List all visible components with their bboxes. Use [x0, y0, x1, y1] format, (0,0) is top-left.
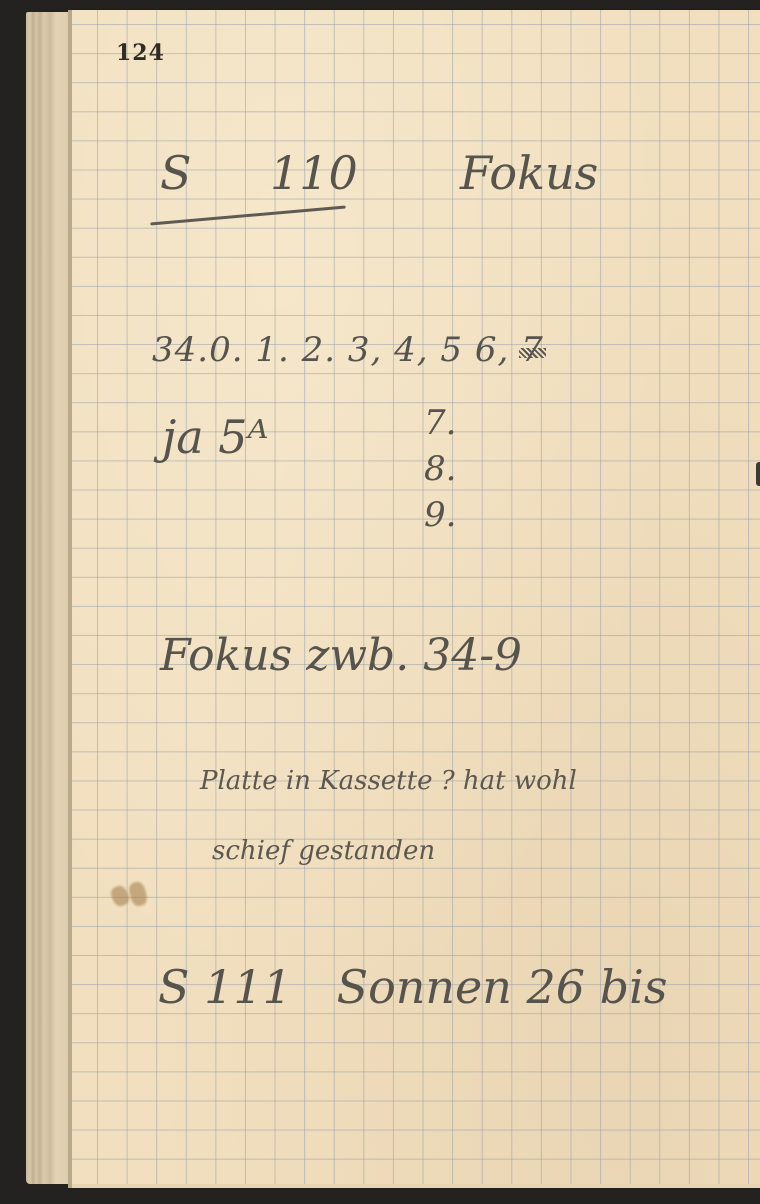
final-entry: S 111 Sonnen 26 bis: [158, 960, 667, 1014]
final-value: 26 bis: [527, 960, 668, 1014]
final-s-mark: S: [158, 960, 190, 1014]
focus-abbr: zwb.: [306, 630, 409, 681]
entry-title: S 110 Fokus: [160, 98, 660, 248]
final-word: Sonnen: [337, 960, 512, 1014]
binding-mark: [756, 462, 760, 486]
page-number: 124: [116, 40, 165, 66]
ink-stain: [112, 882, 152, 908]
column-number: 7.: [424, 400, 456, 446]
sequence-item: 1.: [255, 330, 289, 370]
side-note: ja 5ᴬ: [162, 410, 269, 464]
scan-background: 124 S 110 Fokus 34.0. 1. 2. 3, 4, 5 6, 7…: [0, 0, 760, 1204]
column-number: 8.: [424, 446, 456, 492]
focus-word: Fokus: [160, 630, 292, 681]
column-numbers: 7. 8. 9.: [424, 400, 456, 538]
title-s-mark: S: [160, 146, 192, 200]
sequence-item: 2.: [302, 330, 336, 370]
sequence-prefix: 34.: [152, 330, 209, 370]
note-line-1: Platte in Kassette ? hat wohl: [200, 766, 577, 796]
sequence-item: 5: [440, 330, 463, 370]
sequence-item: 4,: [394, 330, 428, 370]
sequence-item: 3,: [348, 330, 382, 370]
note-line-2: schief gestanden: [212, 836, 435, 866]
page-bottom-margin: [72, 1184, 760, 1188]
final-number: 111: [204, 960, 292, 1014]
focus-entry: Fokus zwb. 34-9: [160, 630, 522, 681]
sequence-item: 0.: [209, 330, 243, 370]
sequence-item: 6,: [475, 330, 509, 370]
sequence-item-crossed-out: 7: [521, 330, 544, 370]
focus-value: 34-9: [423, 630, 522, 681]
column-number: 9.: [424, 492, 456, 538]
page-left-margin: [68, 10, 72, 1188]
title-number: 110: [270, 146, 358, 200]
title-word: Fokus: [460, 146, 598, 200]
sequence-row: 34.0. 1. 2. 3, 4, 5 6, 7: [152, 330, 544, 370]
notebook-page: 124 S 110 Fokus 34.0. 1. 2. 3, 4, 5 6, 7…: [72, 10, 760, 1188]
